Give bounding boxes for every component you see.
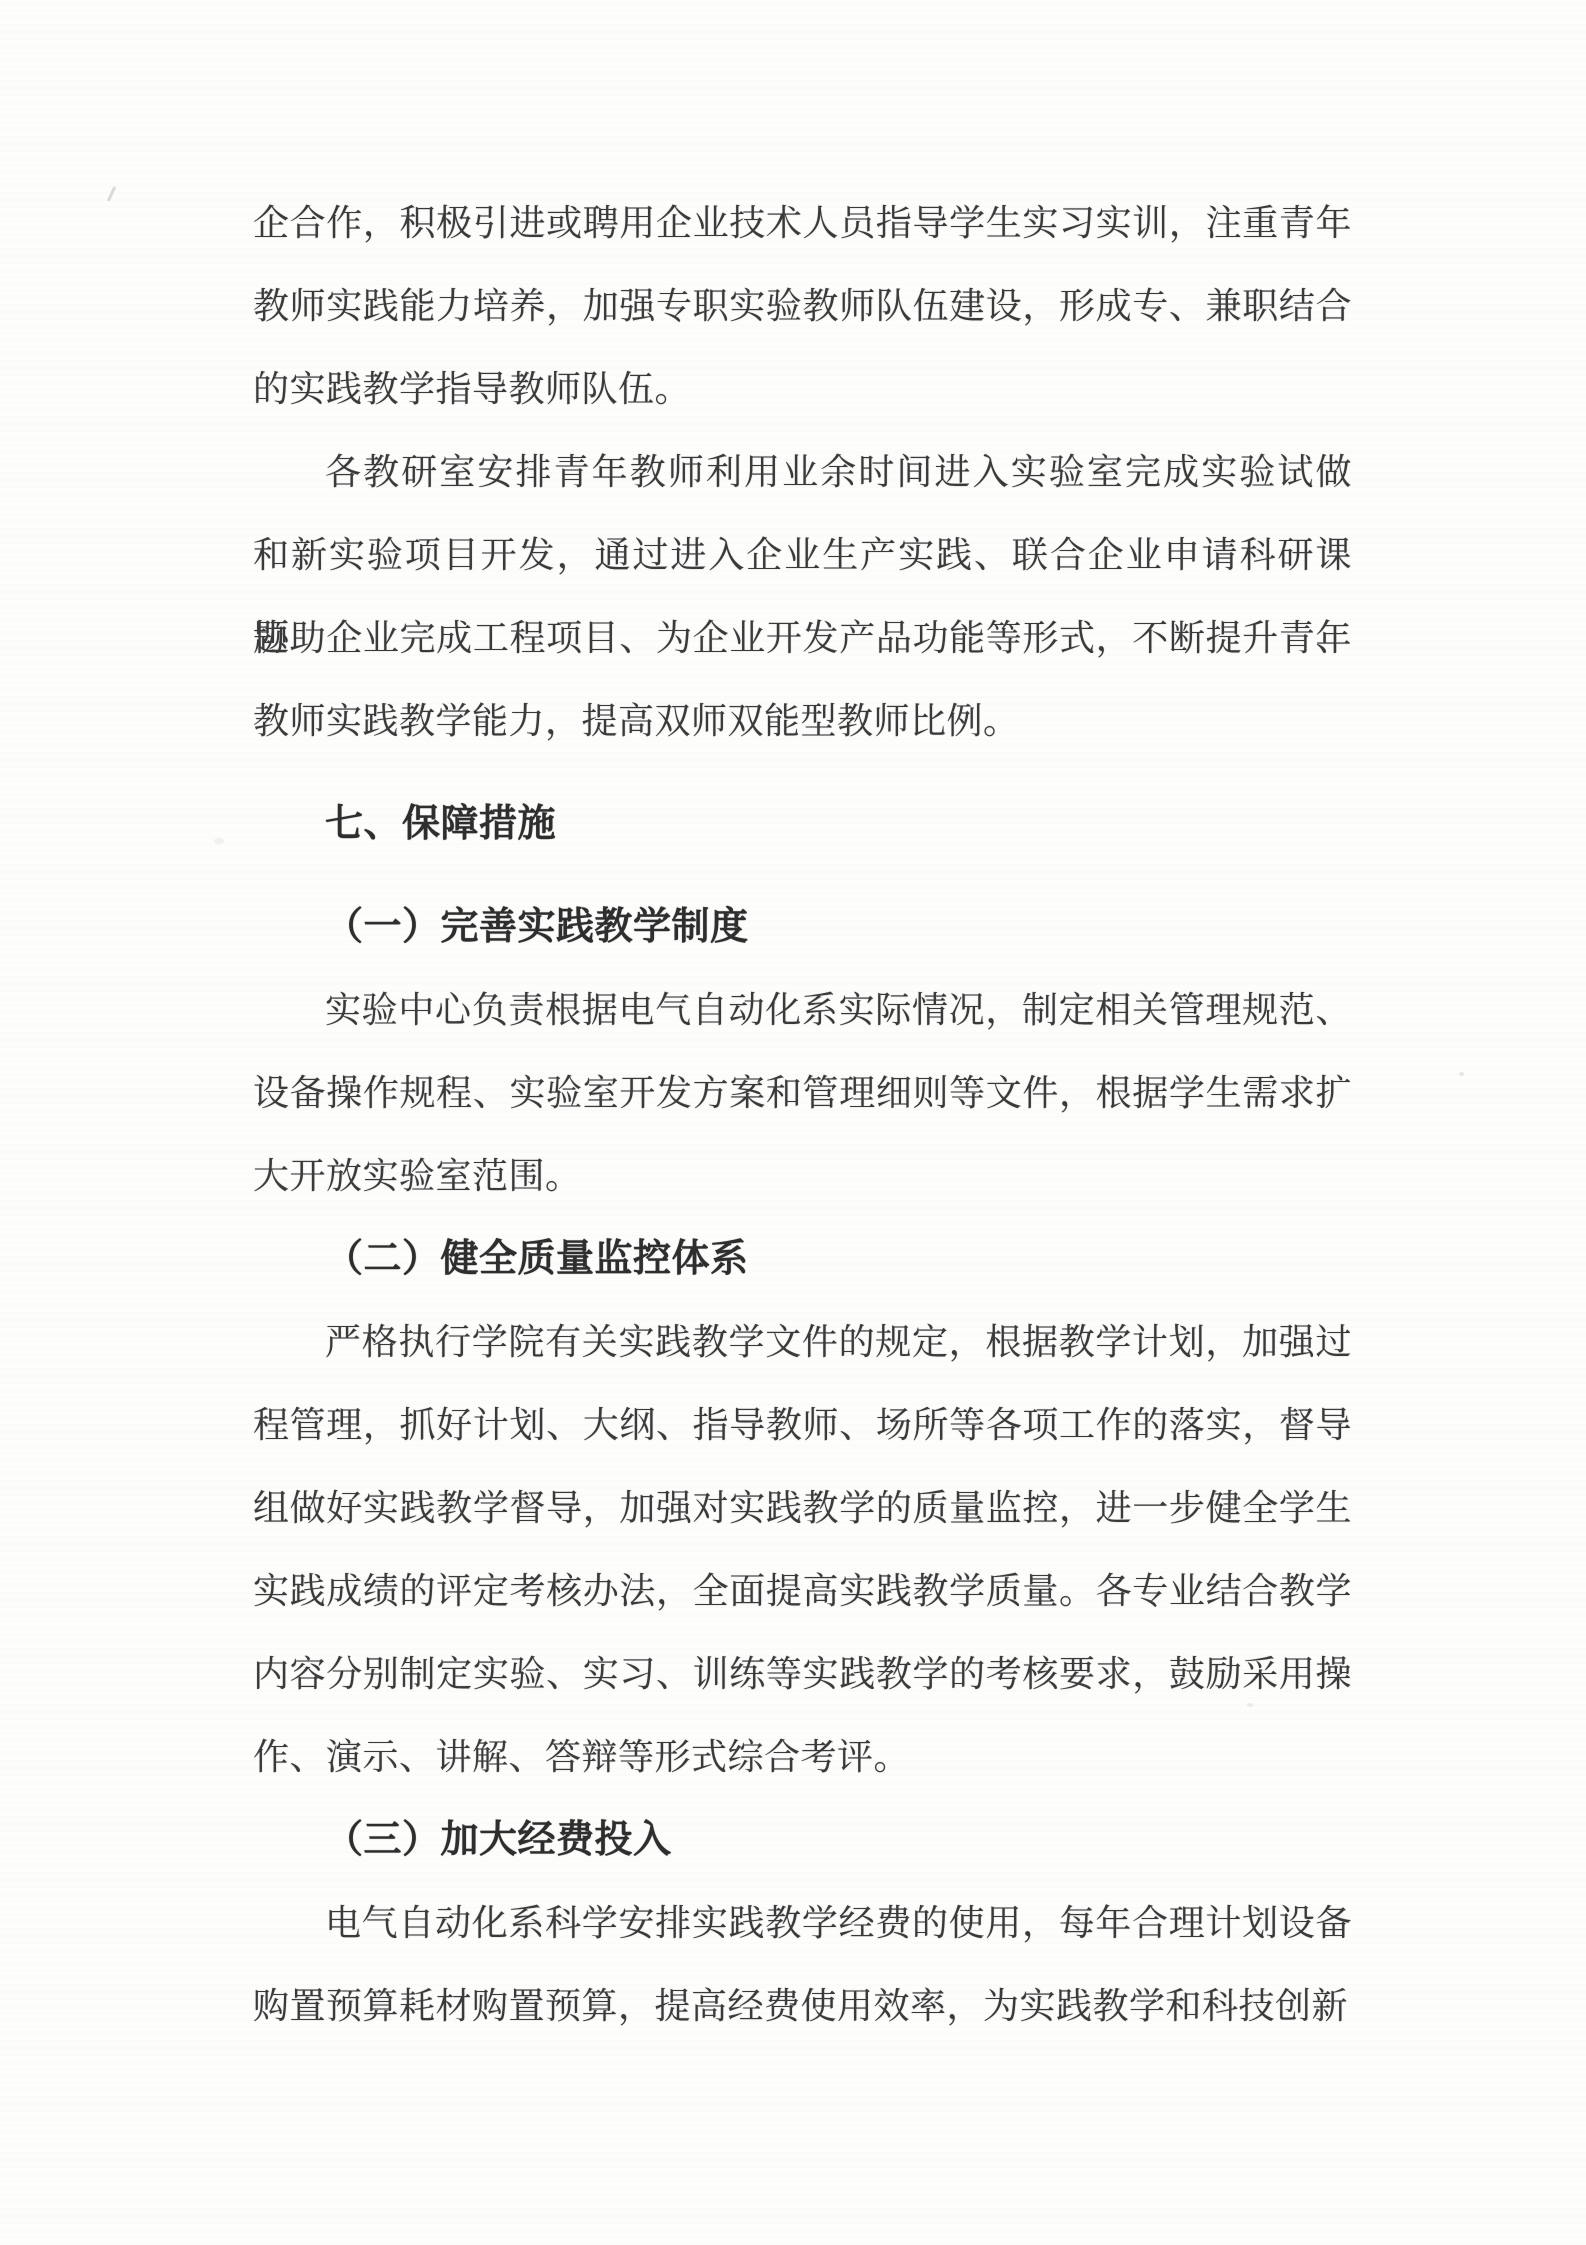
subsection-heading: （三）加大经费投入 [253,1799,1352,1882]
section-heading: 七、保障措施 [253,783,1352,866]
text-line: 购置预算耗材购置预算，提高经费使用效率，为实践教学和科技创新 [253,1965,1352,2048]
text-line: 作、演示、讲解、答辩等形式综合考评。 [253,1716,1352,1799]
text-line: 大开放实验室范围。 [253,1135,1352,1218]
text-line: 实验中心负责根据电气自动化系实际情况，制定相关管理规范、 [253,969,1352,1052]
text-line: 组做好实践教学督导，加强对实践教学的质量监控，进一步健全学生 [253,1467,1352,1550]
scan-artifact [107,186,116,202]
text-line: 各教研室安排青年教师利用业余时间进入实验室完成实验试做 [253,431,1352,514]
text-line: 严格执行学院有关实践教学文件的规定，根据教学计划，加强过 [253,1301,1352,1384]
text-line: 电气自动化系科学安排实践教学经费的使用，每年合理计划设备 [253,1882,1352,1965]
subsection-heading: （二）健全质量监控体系 [253,1218,1352,1301]
scan-artifact [1247,1703,1253,1707]
text-line: 程管理，抓好计划、大纲、指导教师、场所等各项工作的落实，督导 [253,1384,1352,1467]
subsection-heading: （一）完善实践教学制度 [253,886,1352,969]
document-text-block: 企合作，积极引进或聘用企业技术人员指导学生实习实训，注重青年教师实践能力培养，加… [253,182,1352,2048]
text-line: 的实践教学指导教师队伍。 [253,348,1352,431]
text-line: 教师实践能力培养，加强专职实验教师队伍建设，形成专、兼职结合 [253,265,1352,348]
text-line: 教师实践教学能力，提高双师双能型教师比例。 [253,680,1352,763]
text-line: 企合作，积极引进或聘用企业技术人员指导学生实习实训，注重青年 [253,182,1352,265]
text-line: 内容分别制定实验、实习、训练等实践教学的考核要求，鼓励采用操 [253,1633,1352,1716]
document-page: 企合作，积极引进或聘用企业技术人员指导学生实习实训，注重青年教师实践能力培养，加… [0,0,1586,2245]
scan-artifact [214,838,224,844]
text-line: 实践成绩的评定考核办法，全面提高实践教学质量。各专业结合教学 [253,1550,1352,1633]
text-line: 和新实验项目开发，通过进入企业生产实践、联合企业申请科研课题、 [253,514,1352,597]
scan-artifact [1459,1072,1464,1076]
text-line: 协助企业完成工程项目、为企业开发产品功能等形式，不断提升青年 [253,597,1352,680]
text-line: 设备操作规程、实验室开发方案和管理细则等文件，根据学生需求扩 [253,1052,1352,1135]
